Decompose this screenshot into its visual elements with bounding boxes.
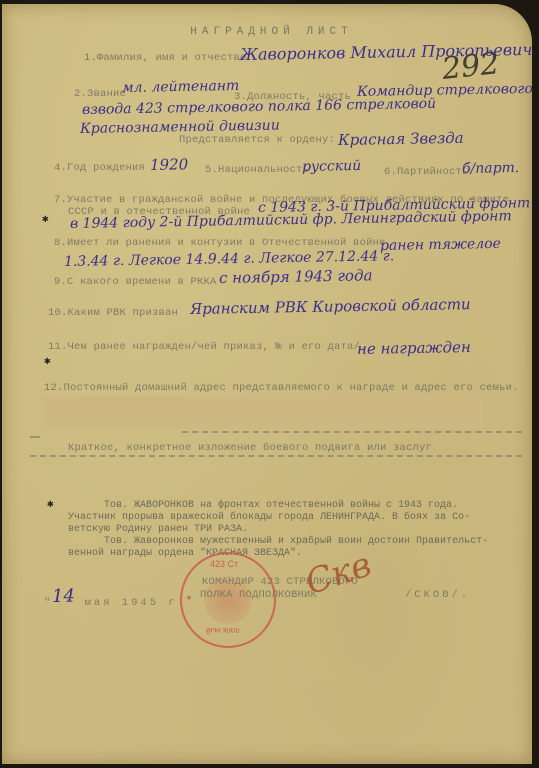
stamp-top-text: 423 Ст: [210, 559, 238, 569]
field-10-value: Яранским РВК Кировской области: [190, 295, 471, 318]
field-12-label: 12.Постоянный домашний адрес представляе…: [44, 382, 519, 394]
field-3-value-line2: взвода 423 стрелкового полка 166 стрелко…: [82, 96, 436, 118]
signature: Скв: [301, 545, 376, 603]
field-8-label: 8.Имеет ли ранения и контузии в Отечеств…: [54, 237, 386, 249]
margin-mark: ✱: [42, 212, 49, 226]
field-4-label: 4.Год рождения: [54, 162, 145, 174]
document-title: НАГРАДНОЙ ЛИСТ: [2, 26, 539, 38]
date-rest: " мая 1945 г.: [66, 597, 187, 609]
commander-position-line2: ПОЛКА ПОДПОЛКОВНИК: [200, 589, 317, 601]
feat-line-2: Участник прорыва вражеской блокады город…: [68, 512, 470, 523]
field-6-label: 6.Партийность: [384, 166, 469, 178]
field-4-value: 1920: [150, 155, 188, 174]
field-2-label: 2.Звание: [74, 88, 126, 100]
date-open-quote: ": [44, 597, 51, 609]
field-8-value-line1: ранен тяжелое: [380, 236, 501, 254]
feat-line-5: венной награды ордена "КРАСНАЯ ЗВЕЗДА".: [68, 548, 302, 559]
field-10-label: 10.Каким РВК призван: [48, 307, 178, 319]
feat-line-3: ветскую Родину ранен ТРИ РАЗА.: [68, 524, 248, 535]
award-sheet: НАГРАДНОЙ ЛИСТ 292 1.Фамилия, имя и отче…: [2, 4, 532, 764]
field-5-value: русский: [302, 158, 361, 175]
divider: [182, 431, 522, 433]
field-6-value: б/парт.: [462, 160, 520, 177]
field-11-value: не награжден: [357, 338, 471, 358]
field-11-label: 11.Чем ранее награжден/чей приказ, № и е…: [48, 341, 367, 353]
field-5-label: 5.Национальность: [205, 164, 309, 176]
margin-mark: ✱: [44, 354, 51, 368]
presented-label: Представляется к ордену:: [179, 134, 335, 146]
commander-name: /СКОВ/.: [405, 589, 470, 601]
divider: [30, 455, 522, 457]
redacted-address: [42, 396, 482, 429]
field-2-value: мл. лейтенант: [122, 78, 240, 96]
presented-value: Красная Звезда: [338, 129, 464, 149]
feat-line-1: Тов. ЖАВОРОНКОВ на фронтах отечественной…: [68, 500, 458, 511]
divider: [30, 436, 40, 438]
field-1-label: 1.Фамилия, имя и отчество: [84, 52, 247, 64]
feat-line-4: Тов. Жаворонков мужественный и храбрый в…: [68, 536, 488, 547]
margin-mark: ✱: [47, 497, 54, 511]
field-9-value: с ноября 1943 года: [219, 266, 373, 287]
field-9-label: 9.С какого времени в РККА: [54, 276, 217, 288]
stamp-bottom-text: полк ный: [206, 626, 240, 635]
feat-heading: Краткое, конкретное изложение боевого по…: [68, 442, 432, 454]
